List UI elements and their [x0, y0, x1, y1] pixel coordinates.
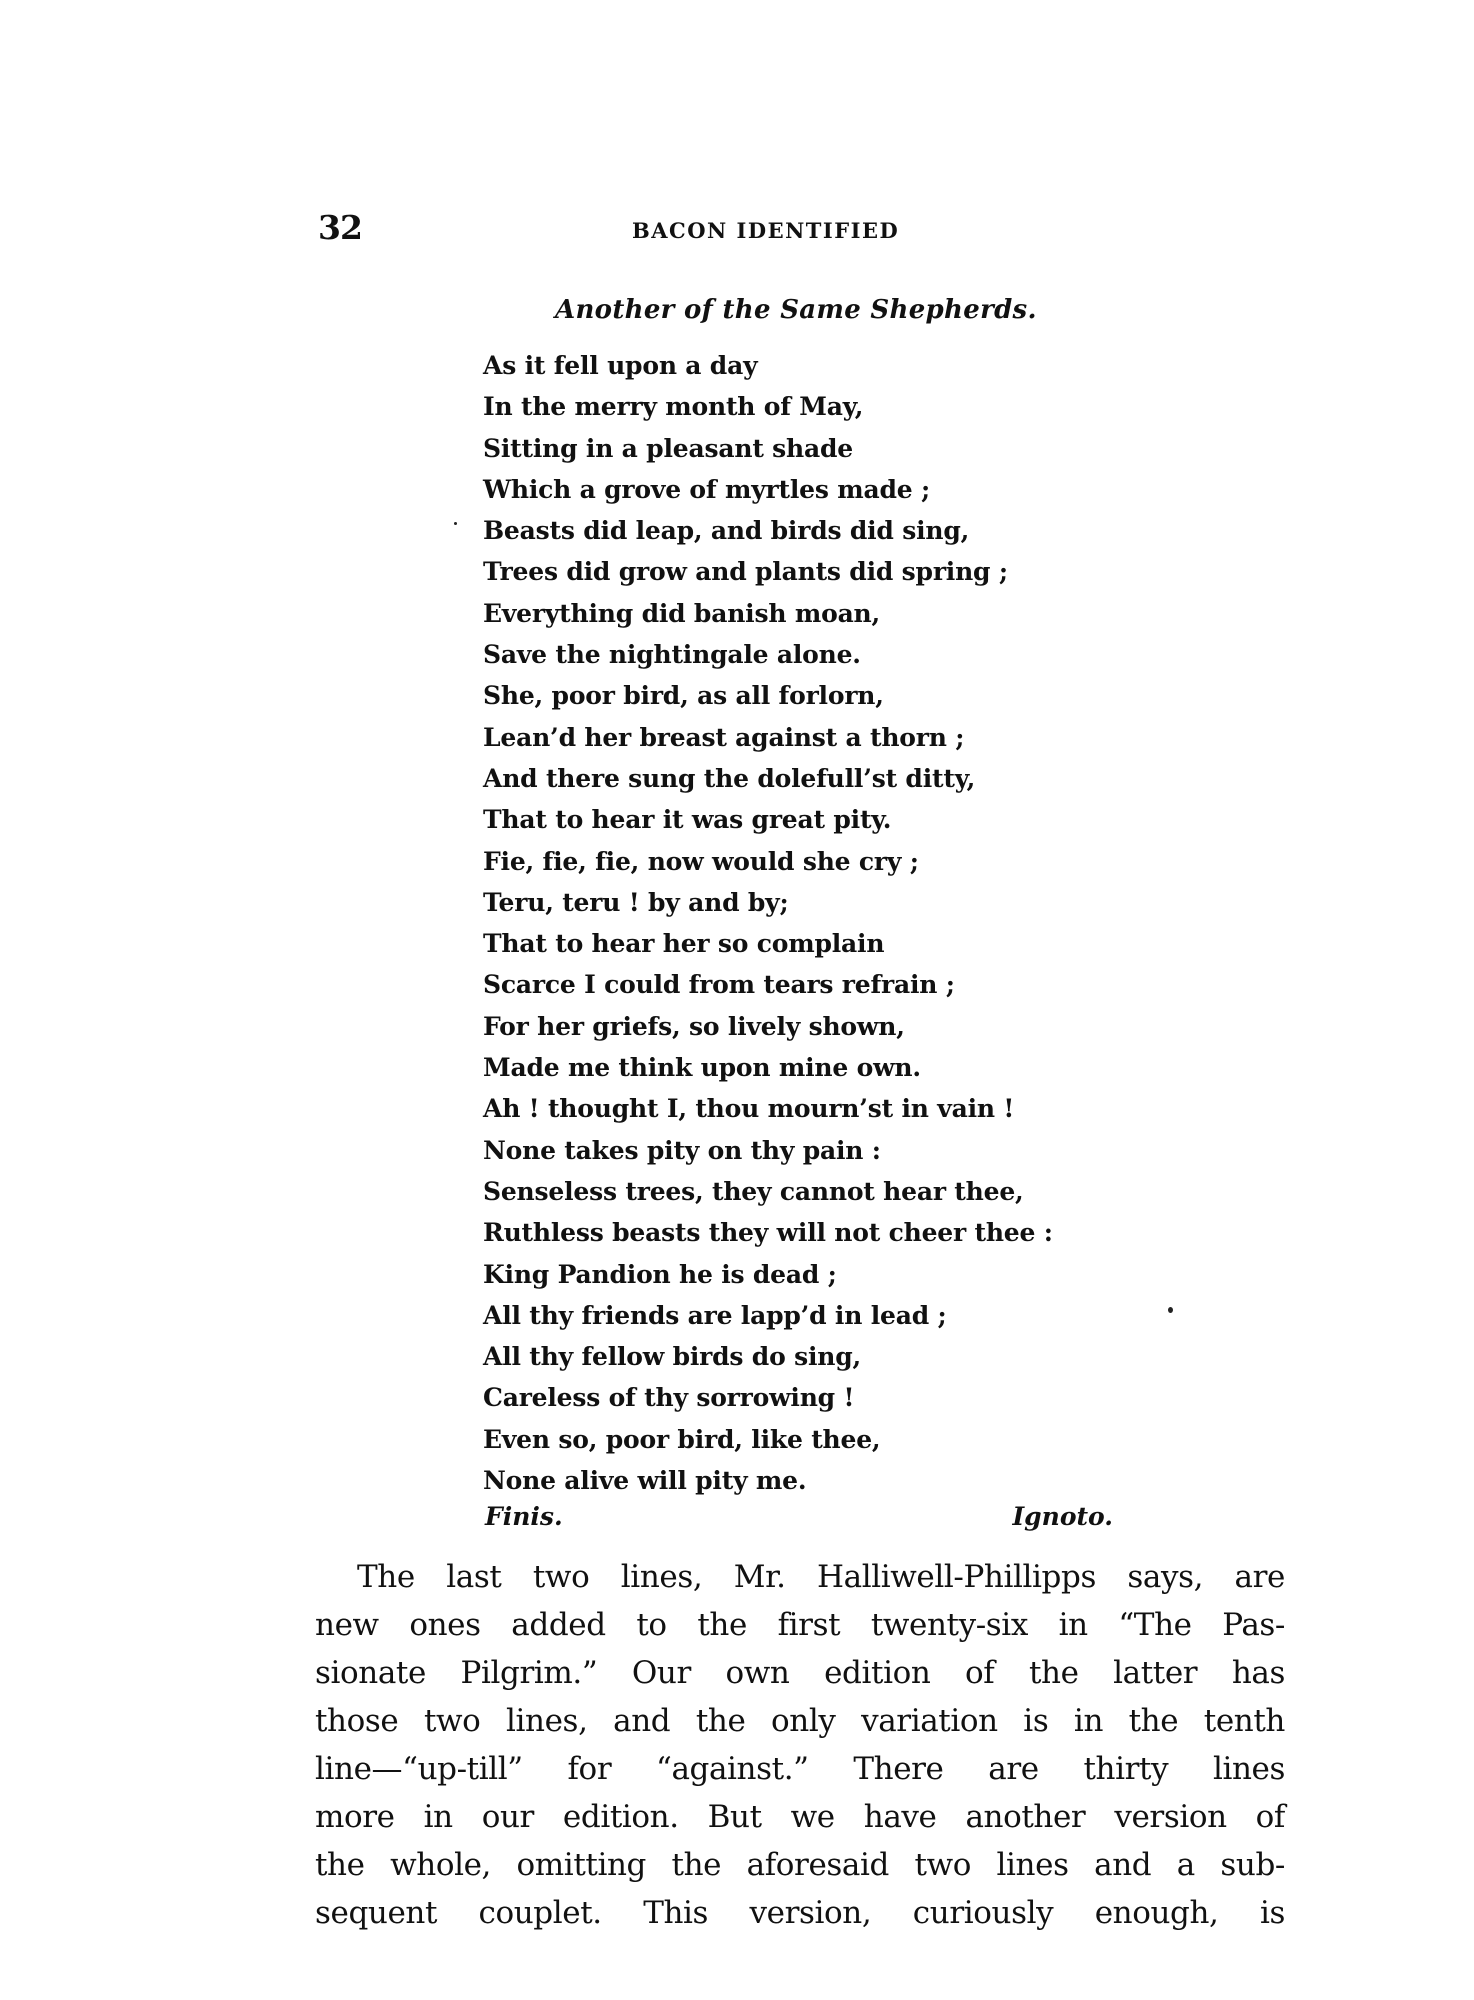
poem-signoff: Finis. Ignoto.: [485, 1502, 1113, 1542]
poem-line: Careless of thy sorrowing !: [483, 1377, 1053, 1418]
poem-line: Lean’d her breast against a thorn ;: [483, 717, 1053, 758]
paragraph-line: those two lines, and the only variation …: [315, 1697, 1285, 1745]
poem-line: King Pandion he is dead ;: [483, 1254, 1053, 1295]
poem-line: None takes pity on thy pain :: [483, 1130, 1053, 1171]
paragraph-line: new ones added to the first twenty-six i…: [315, 1601, 1285, 1649]
poem-line: For her griefs, so lively shown,: [483, 1006, 1053, 1047]
poem-line: That to hear it was great pity.: [483, 799, 1053, 840]
poem-line: Ruthless beasts they will not cheer thee…: [483, 1212, 1053, 1253]
poem-line: Fie, fie, fie, now would she cry ;: [483, 841, 1053, 882]
paragraph-line: sequent couplet. This version, curiously…: [315, 1889, 1285, 1937]
poem-line: Which a grove of myrtles made ;: [483, 469, 1053, 510]
paragraph-line: the whole, omitting the aforesaid two li…: [315, 1841, 1285, 1889]
running-head: BACON IDENTIFIED: [632, 218, 899, 243]
poem-title: Another of the Same Shepherds.: [555, 295, 1037, 325]
print-speck: [1168, 1307, 1173, 1313]
paragraph-line: sionate Pilgrim.” Our own edition of the…: [315, 1649, 1285, 1697]
poem-lines: As it fell upon a day In the merry month…: [483, 345, 1053, 1501]
poem-line: Trees did grow and plants did spring ;: [483, 551, 1053, 592]
poem-line: Made me think upon mine own.: [483, 1047, 1053, 1088]
body-paragraph: The last two lines, Mr. Halliwell-Philli…: [315, 1553, 1285, 1937]
paragraph-line: line—“up-till” for “against.” There are …: [315, 1745, 1285, 1793]
poem-line: Beasts did leap, and birds did sing,: [483, 510, 1053, 551]
poem-line: As it fell upon a day: [483, 345, 1053, 386]
poem-line: Scarce I could from tears refrain ;: [483, 964, 1053, 1005]
poem-line: Save the nightingale alone.: [483, 634, 1053, 675]
poem-line: Teru, teru ! by and by;: [483, 882, 1053, 923]
print-speck: [454, 522, 457, 525]
poem-line: She, poor bird, as all forlorn,: [483, 675, 1053, 716]
poem-line: None alive will pity me.: [483, 1460, 1053, 1501]
poem-line: Everything did banish moan,: [483, 593, 1053, 634]
poem-line: Senseless trees, they cannot hear thee,: [483, 1171, 1053, 1212]
poem-line: In the merry month of May,: [483, 386, 1053, 427]
poem-line: All thy friends are lapp’d in lead ;: [483, 1295, 1053, 1336]
paragraph-line: more in our edition. But we have another…: [315, 1793, 1285, 1841]
paragraph-line: The last two lines, Mr. Halliwell-Philli…: [315, 1553, 1285, 1601]
poem-line: All thy fellow birds do sing,: [483, 1336, 1053, 1377]
poem-line: Sitting in a pleasant shade: [483, 428, 1053, 469]
signoff-finis: Finis.: [485, 1502, 563, 1531]
poem-line: And there sung the dolefull’st ditty,: [483, 758, 1053, 799]
poem-line: Even so, poor bird, like thee,: [483, 1419, 1053, 1460]
poem-line: Ah ! thought I, thou mourn’st in vain !: [483, 1088, 1053, 1129]
page-number: 32: [318, 208, 362, 247]
poem-line: That to hear her so complain: [483, 923, 1053, 964]
signoff-author: Ignoto.: [1012, 1502, 1113, 1531]
